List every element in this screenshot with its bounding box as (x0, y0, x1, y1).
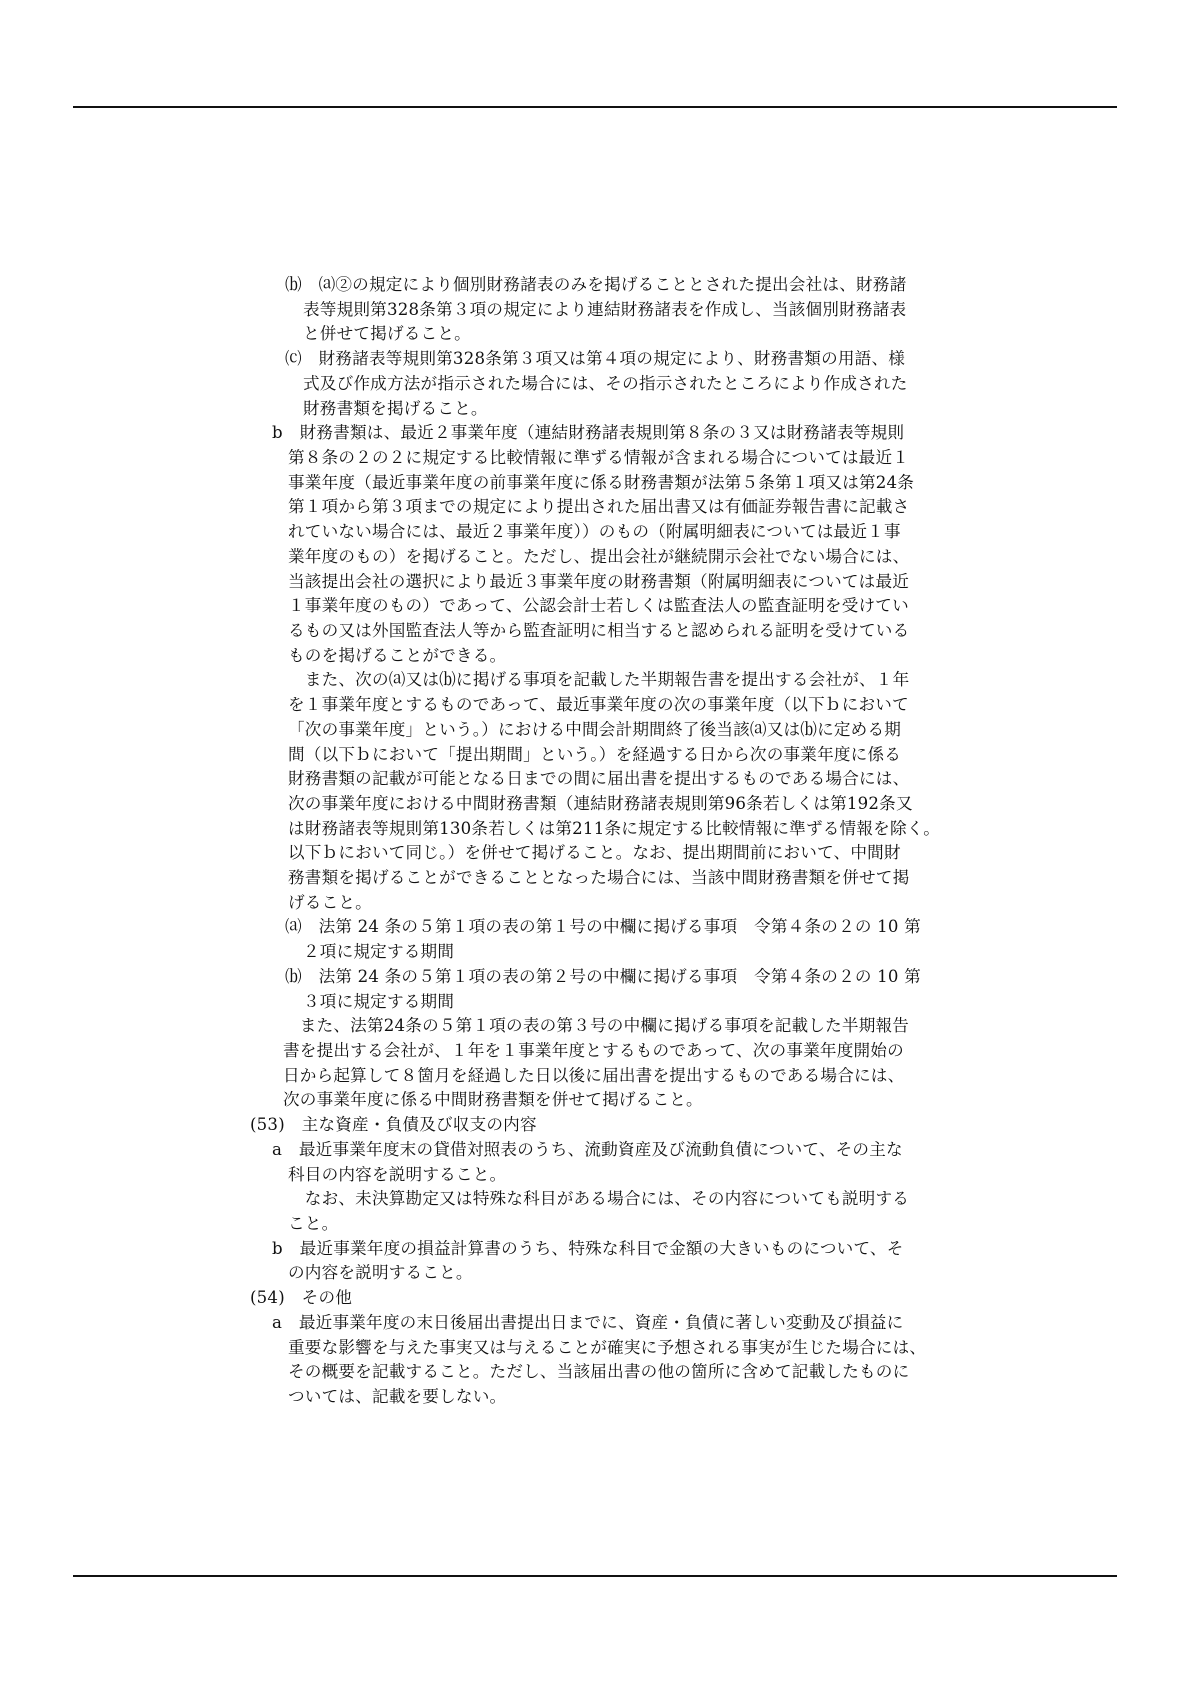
text-line: 重要な影響を与えた事実又は与えることが確実に予想される事実が生じた場合には、 (288, 1335, 926, 1360)
text-line: ⒝ ⒜②の規定により個別財務諸表のみを掲げることとされた提出会社は、財務諸 (285, 272, 906, 297)
text-line: 当該提出会社の選択により最近３事業年度の財務書類（附属明細表については最近 (288, 569, 909, 594)
text-line: 次の事業年度に係る中間財務書類を併せて掲げること。 (283, 1087, 703, 1112)
text-line: るもの又は外国監査法人等から監査証明に相当すると認められる証明を受けている (288, 618, 909, 643)
text-line: ⒞ 財務諸表等規則第328条第３項又は第４項の規定により、財務書類の用語、様 (285, 346, 905, 371)
section-heading: (54) その他 (250, 1285, 352, 1310)
text-line: 次の事業年度における中間財務書類（連結財務諸表規則第96条若しくは第192条又 (288, 791, 913, 816)
text-line: 書を提出する会社が、１年を１事業年度とするものであって、次の事業年度開始の (283, 1038, 904, 1063)
text-line: 財務書類を掲げること。 (303, 396, 488, 421)
text-line: は財務諸表等規則第130条若しくは第211条に規定する比較情報に準ずる情報を除く… (288, 816, 940, 841)
text-line: 財務書類の記載が可能となる日までの間に届出書を提出するものである場合には、 (288, 766, 909, 791)
text-line: 業年度のもの）を掲げること。ただし、提出会社が継続開示会社でない場合には、 (288, 544, 909, 569)
text-line: 第１項から第３項までの規定により提出された届出書又は有価証券報告書に記載さ (288, 494, 909, 519)
text-line: 事業年度（最近事業年度の前事業年度に係る財務書類が法第５条第１項又は第24条 (288, 470, 914, 495)
text-line: こと。 (288, 1211, 338, 1236)
text-line: 日から起算して８箇月を経過した日以後に届出書を提出するものである場合には、 (283, 1063, 904, 1088)
text-line: ３項に規定する期間 (303, 989, 454, 1014)
section-heading: (53) 主な資産・負債及び収支の内容 (250, 1112, 537, 1137)
text-line: 「次の事業年度」という。）における中間会計期間終了後当該⒜又は⒝に定める期 (288, 717, 901, 742)
text-line: ものを掲げることができる。 (288, 643, 506, 668)
text-line: ⒜ 法第 24 条の５第１項の表の第１号の中欄に掲げる事項 令第４条の２の 10… (285, 914, 921, 939)
text-line: 間（以下ｂにおいて「提出期間」という。）を経過する日から次の事業年度に係る (288, 742, 901, 767)
text-line: a 最近事業年度の末日後届出書提出日までに、資産・負債に著しい変動及び損益に (272, 1310, 903, 1335)
text-line: また、法第24条の５第１項の表の第３号の中欄に掲げる事項を記載した半期報告 (283, 1013, 909, 1038)
text-line: その概要を記載すること。ただし、当該届出書の他の箇所に含めて記載したものに (288, 1359, 909, 1384)
text-line: なお、未決算勘定又は特殊な科目がある場合には、その内容についても説明する (288, 1186, 909, 1211)
text-line: 表等規則第328条第３項の規定により連結財務諸表を作成し、当該個別財務諸表 (303, 297, 906, 322)
text-line: と併せて掲げること。 (303, 321, 471, 346)
document-page: ⒝ ⒜②の規定により個別財務諸表のみを掲げることとされた提出会社は、財務諸表等規… (0, 0, 1192, 1685)
text-line: 以下ｂにおいて同じ。）を併せて掲げること。なお、提出期間前において、中間財 (288, 840, 901, 865)
text-line: を１事業年度とするものであって、最近事業年度の次の事業年度（以下ｂにおいて (288, 692, 909, 717)
text-line: ２項に規定する期間 (303, 939, 454, 964)
text-line: の内容を説明すること。 (288, 1260, 473, 1285)
footer-rule (73, 1575, 1117, 1577)
text-line: b 財務書類は、最近２事業年度（連結財務諸表規則第８条の３又は財務諸表等規則 (272, 420, 904, 445)
text-line: また、次の⒜又は⒝に掲げる事項を記載した半期報告書を提出する会社が、１年 (288, 667, 909, 692)
text-line: 式及び作成方法が指示された場合には、その指示されたところにより作成された (303, 371, 908, 396)
text-line: 科目の内容を説明すること。 (288, 1162, 506, 1187)
text-line: ⒝ 法第 24 条の５第１項の表の第２号の中欄に掲げる事項 令第４条の２の 10… (285, 964, 921, 989)
text-line: れていない場合には、最近２事業年度））のもの（附属明細表については最近１事 (288, 519, 901, 544)
text-line: a 最近事業年度末の貸借対照表のうち、流動資産及び流動負債について、その主な (272, 1137, 903, 1162)
text-line: b 最近事業年度の損益計算書のうち、特殊な科目で金額の大きいものについて、そ (272, 1236, 904, 1261)
text-line: 第８条の２の２に規定する比較情報に準ずる情報が含まれる場合については最近１ (288, 445, 909, 470)
text-line: げること。 (288, 890, 372, 915)
header-rule (73, 106, 1117, 108)
text-line: １事業年度のもの）であって、公認会計士若しくは監査法人の監査証明を受けてい (288, 593, 909, 618)
text-line: ついては、記載を要しない。 (288, 1384, 506, 1409)
text-line: 務書類を掲げることができることとなった場合には、当該中間財務書類を併せて掲 (288, 865, 909, 890)
